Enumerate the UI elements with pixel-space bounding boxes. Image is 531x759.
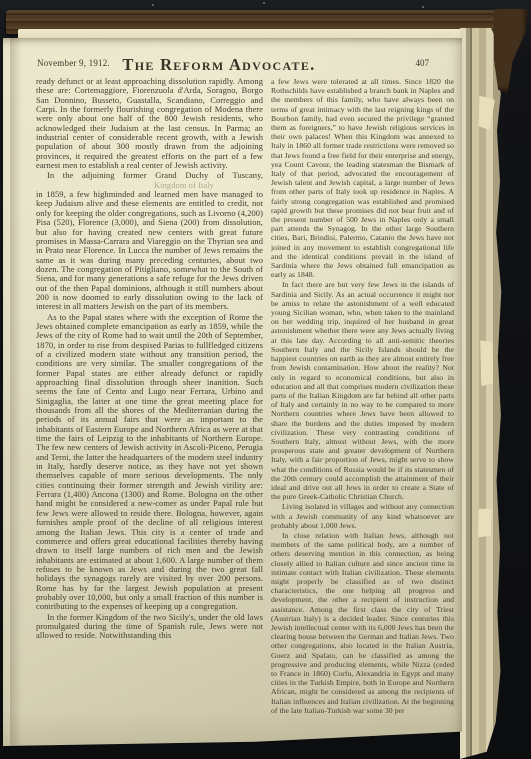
page-header: November 9, 1912. The Reform Advocate. 4… — [36, 55, 432, 70]
magazine-page: November 9, 1912. The Reform Advocate. 4… — [3, 38, 462, 759]
paragraph: In close relation with Italian Jews, alt… — [271, 531, 454, 715]
paragraph: In fact there are but very few Jews in t… — [271, 280, 454, 501]
paragraph: In the former Kingdom of the two Sicily'… — [36, 613, 263, 641]
paragraph: In the adjoining former Grand Duchy of T… — [36, 171, 263, 180]
paragraph: ready defunct or at least approaching di… — [36, 77, 263, 170]
faded-print-line: Kingdom of Italy — [36, 181, 263, 190]
dust-speck — [422, 6, 424, 8]
torn-page-chip — [476, 507, 494, 538]
paragraph: in 1859, a few highminded and learned me… — [36, 190, 263, 311]
dust-speck — [152, 4, 154, 6]
paragraph: As to the Papal states where with the ex… — [36, 313, 263, 612]
paragraph: a few Jews were tolerated at all times. … — [271, 77, 454, 279]
page-stack-edge-right — [460, 28, 503, 759]
book-cover-corner — [494, 9, 528, 93]
torn-page-chip — [479, 340, 495, 387]
dust-speck — [263, 2, 265, 4]
right-column: a few Jews were tolerated at all times. … — [271, 77, 454, 735]
book-photo-scene: November 9, 1912. The Reform Advocate. 4… — [0, 0, 531, 759]
masthead-title: The Reform Advocate. — [106, 55, 332, 75]
text-columns: ready defunct or at least approaching di… — [36, 77, 454, 735]
issue-date: November 9, 1912. — [37, 58, 110, 68]
page-number: 407 — [416, 58, 430, 68]
left-column: ready defunct or at least approaching di… — [36, 77, 263, 735]
paragraph: Living isolated in villages and without … — [271, 502, 454, 530]
